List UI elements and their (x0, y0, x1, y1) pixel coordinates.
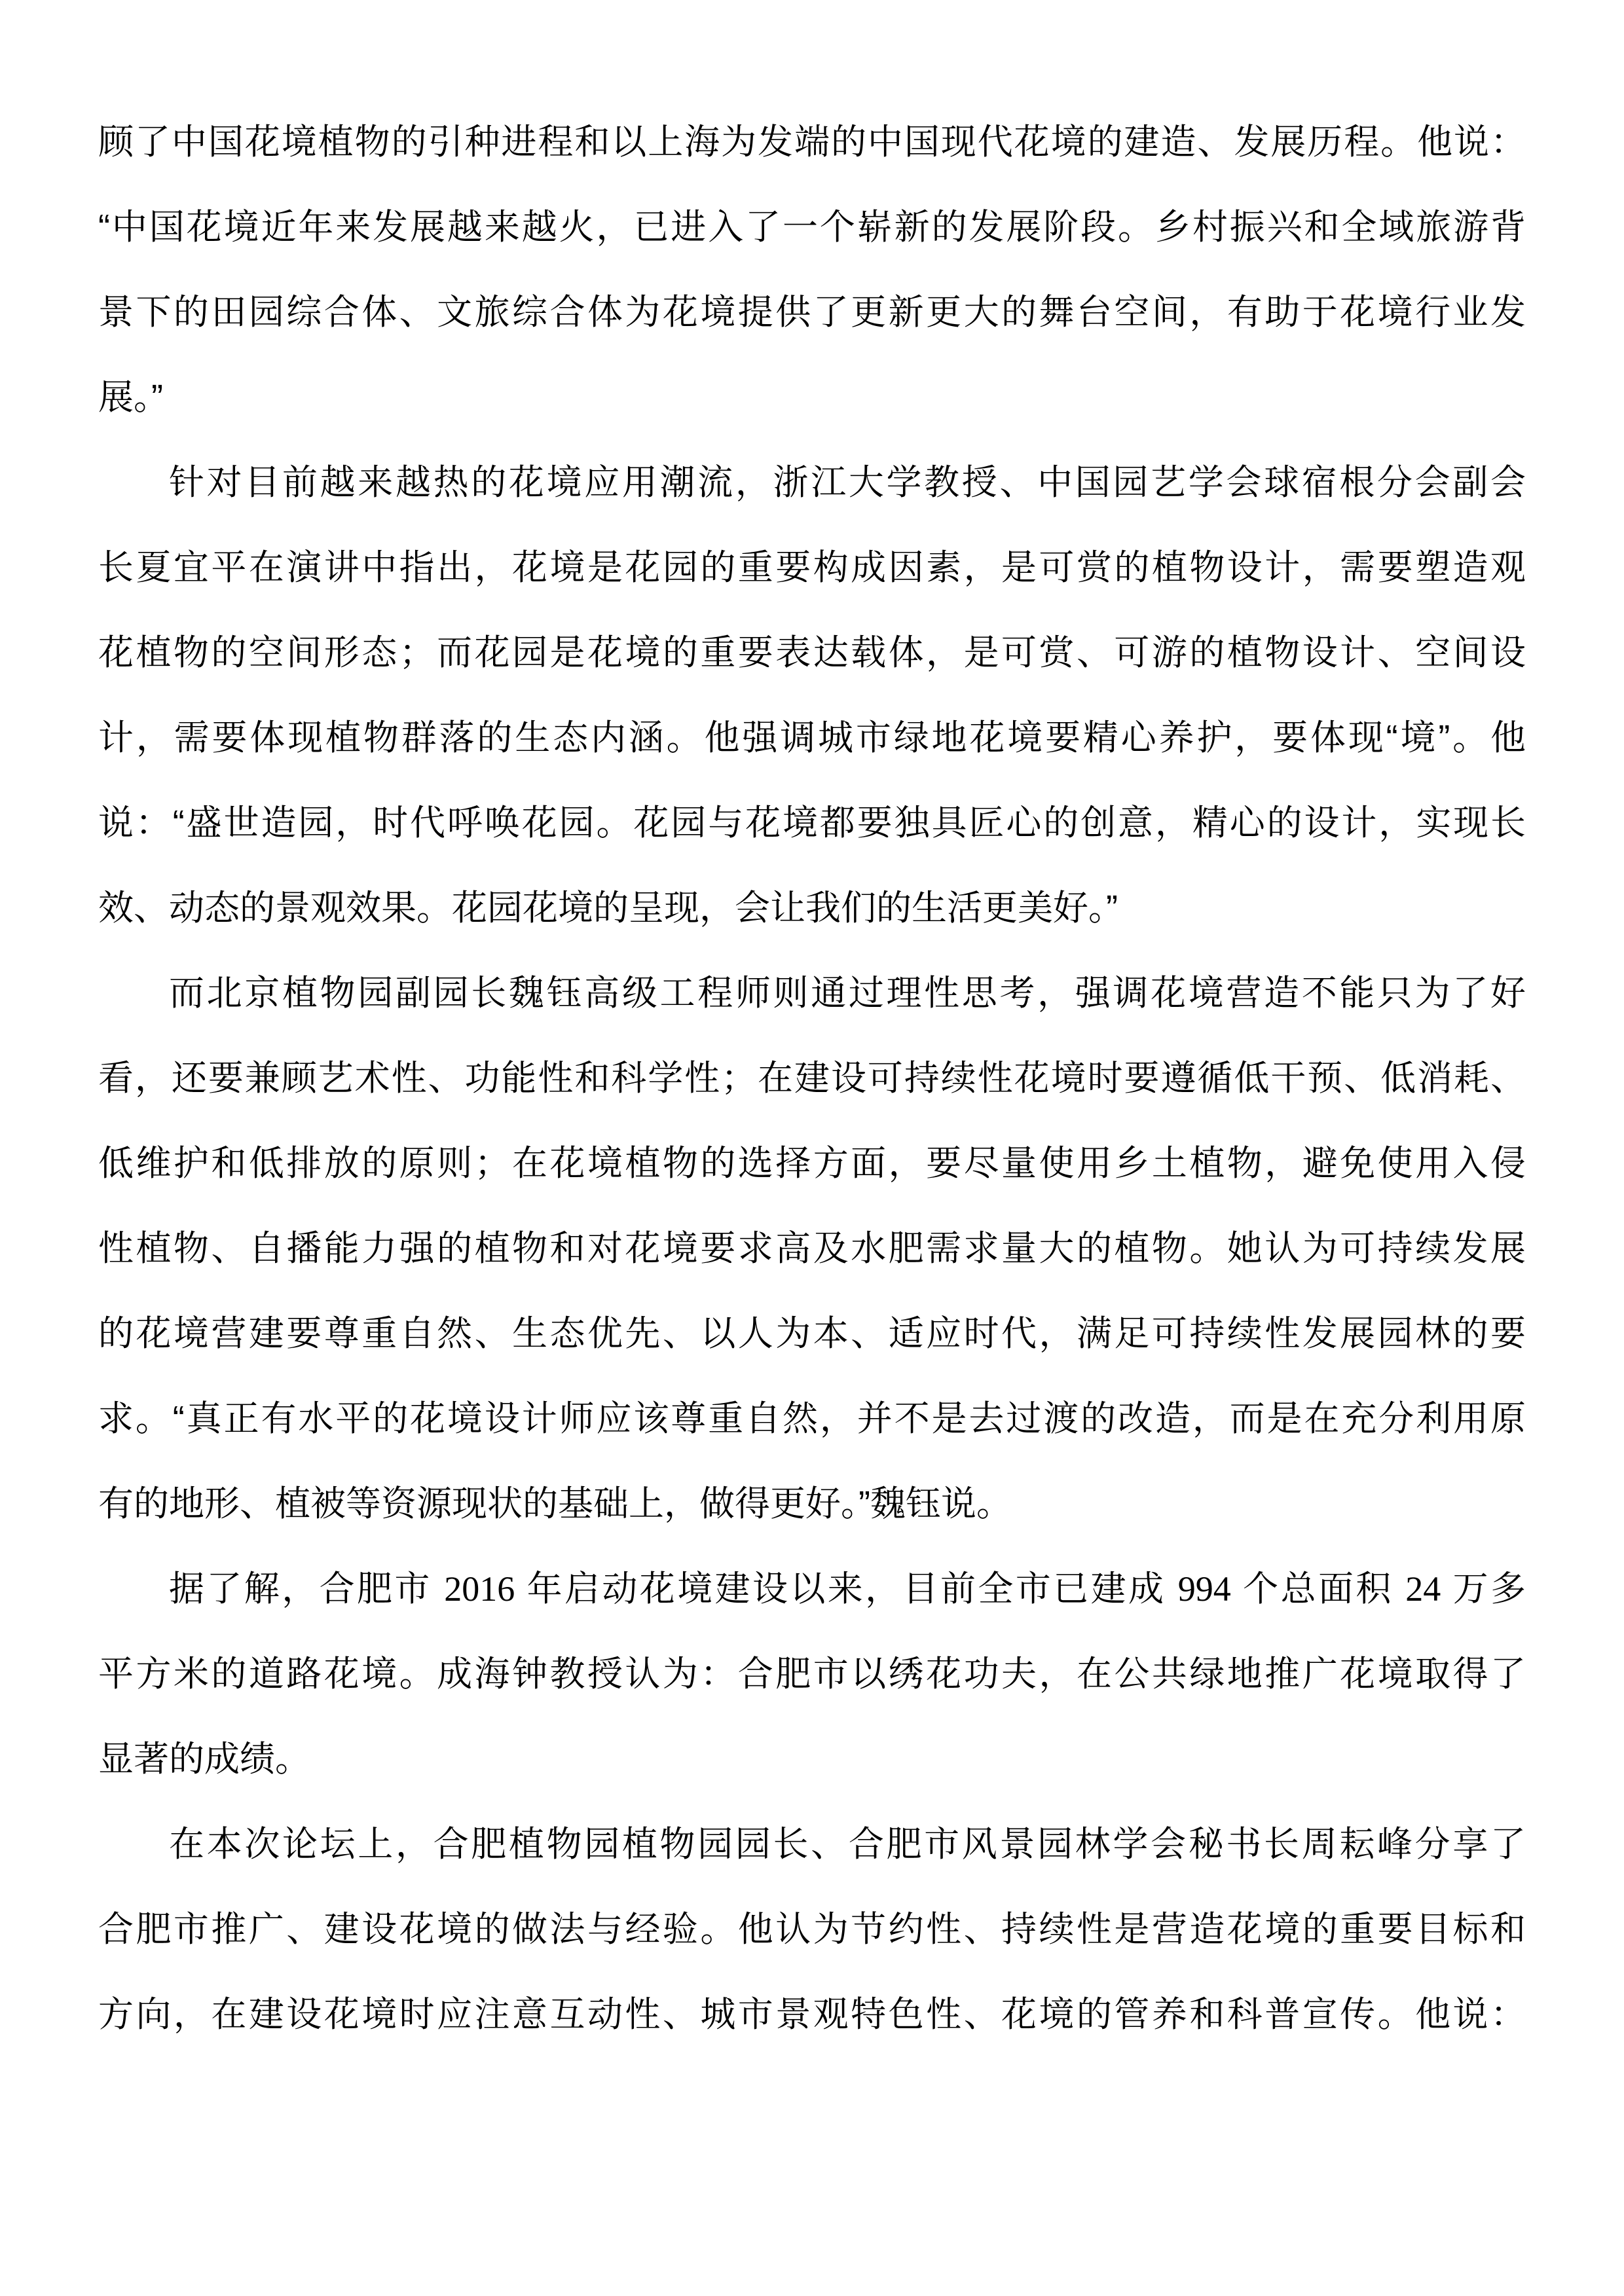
document-page: 顾了中国花境植物的引种进程和以上海为发端的中国现代花境的建造、发展历程。他说：“… (0, 0, 1624, 2296)
text-line: 花植物的空间形态；而花园是花境的重要表达载体，是可赏、可游的植物设计、空间设 (98, 610, 1526, 695)
text-line: 合肥市推广、建设花境的做法与经验。他认为节约性、持续性是营造花境的重要目标和 (98, 1887, 1526, 1972)
text-line: 顾了中国花境植物的引种进程和以上海为发端的中国现代花境的建造、发展历程。他说： (98, 100, 1526, 185)
text-line: 有的地形、植被等资源现状的基础上，做得更好。”魏钰说。 (98, 1461, 1526, 1546)
text-line: 性植物、自播能力强的植物和对花境要求高及水肥需求量大的植物。她认为可持续发展 (98, 1206, 1526, 1291)
text-line: 效、动态的景观效果。花园花境的呈现，会让我们的生活更美好。” (98, 866, 1526, 951)
text-line: 平方米的道路花境。成海钟教授认为：合肥市以绣花功夫，在公共绿地推广花境取得了 (98, 1631, 1526, 1717)
text-line: 显著的成绩。 (98, 1717, 1526, 1802)
text-line: 景下的田园综合体、文旅综合体为花境提供了更新更大的舞台空间，有助于花境行业发 (98, 270, 1526, 355)
text-line: 在本次论坛上，合肥植物园植物园园长、合肥市风景园林学会秘书长周耘峰分享了 (98, 1802, 1526, 1887)
text-line: 低维护和低排放的原则；在花境植物的选择方面，要尽量使用乡土植物，避免使用入侵 (98, 1121, 1526, 1206)
serif-number: 2016 (444, 1569, 515, 1609)
serif-number: 24 (1405, 1569, 1441, 1609)
text-line: 针对目前越来越热的花境应用潮流，浙江大学教授、中国园艺学会球宿根分会副会 (98, 440, 1526, 525)
serif-number: 994 (1178, 1569, 1231, 1609)
text-line: 长夏宜平在演讲中指出，花境是花园的重要构成因素，是可赏的植物设计，需要塑造观 (98, 525, 1526, 610)
text-line: 求。“真正有水平的花境设计师应该尊重自然，并不是去过渡的改造，而是在充分利用原 (98, 1376, 1526, 1461)
text-line: 展。” (98, 355, 1526, 440)
text-line: “中国花境近年来发展越来越火，已进入了一个崭新的发展阶段。乡村振兴和全域旅游背 (98, 185, 1526, 270)
text-line: 的花境营建要尊重自然、生态优先、以人为本、适应时代，满足可持续性发展园林的要 (98, 1291, 1526, 1376)
text-line: 计，需要体现植物群落的生态内涵。他强调城市绿地花境要精心养护，要体现“境”。他 (98, 695, 1526, 780)
text-line: 看，还要兼顾艺术性、功能性和科学性；在建设可持续性花境时要遵循低干预、低消耗、 (98, 1036, 1526, 1121)
text-line: 方向，在建设花境时应注意互动性、城市景观特色性、花境的管养和科普宣传。他说： (98, 1972, 1526, 2057)
text-line: 而北京植物园副园长魏钰高级工程师则通过理性思考，强调花境营造不能只为了好 (98, 951, 1526, 1036)
text-line: 说：“盛世造园，时代呼唤花园。花园与花境都要独具匠心的创意，精心的设计，实现长 (98, 780, 1526, 866)
text-line: 据了解，合肥市 2016 年启动花境建设以来，目前全市已建成 994 个总面积 … (98, 1546, 1526, 1631)
document-lines: 顾了中国花境植物的引种进程和以上海为发端的中国现代花境的建造、发展历程。他说：“… (98, 100, 1526, 2057)
